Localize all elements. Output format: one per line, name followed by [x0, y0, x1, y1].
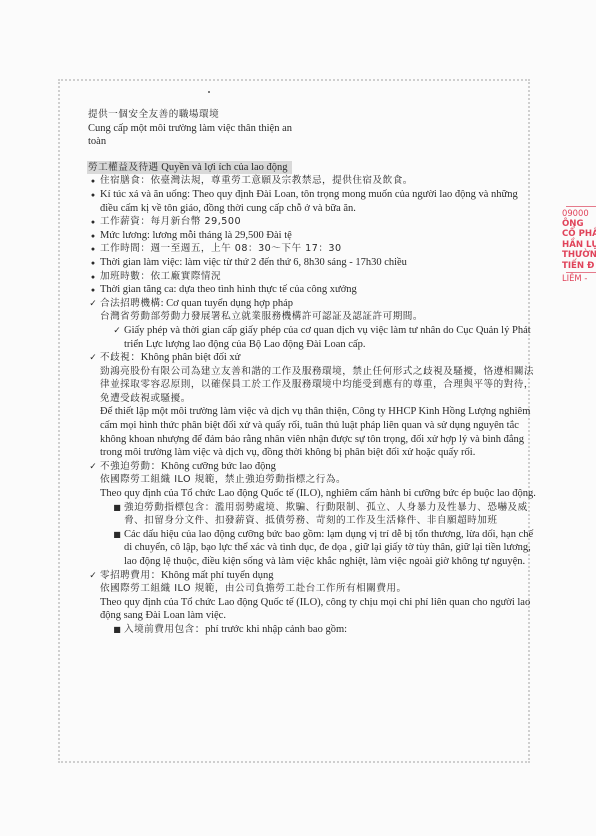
bullet-icon — [88, 188, 98, 203]
list-item: Kí túc xá và ăn uống: Theo quy định Đài … — [88, 188, 536, 215]
zero-fee-title-zh: 零招聘費用 — [100, 570, 150, 581]
no-forced-labor-body-vi: Theo quy định của Tổ chức Lao động Quốc … — [100, 487, 536, 501]
non-discrimination-item: 不歧視：Không phân biệt đối xử 勁鴻亮股份有限公司為建立友… — [88, 351, 536, 460]
legal-agency-body-zh: 台灣省勞動部勞動力發展署私立就業服務機構許可認証及認証許可期間。 — [100, 310, 536, 324]
list-item: Mức lương: lương mỗi tháng là 29,500 Đài… — [88, 229, 536, 243]
bullet-icon — [88, 270, 98, 285]
scan-speck — [208, 91, 210, 93]
forced-labor-indicators-zh: 強迫勞動指標包含：濫用弱勢處境、欺騙、行動限制、孤立、人身暴力及性暴力、恐嚇及威… — [112, 501, 536, 528]
seal-line: THƯỜNG — [562, 250, 596, 261]
legal-agency-title-zh: 合法招聘機構 — [100, 298, 161, 309]
document-body: 提供一個安全友善的職場環境 Cung cấp một môi trường là… — [88, 108, 536, 637]
bullet-text: Thời gian tăng ca: dựa theo tình hình th… — [100, 284, 357, 295]
checkmark-icon — [88, 569, 98, 584]
non-discrimination-title-vi: ：Không phân biệt đối xử — [130, 352, 240, 363]
seal-line: LIÊM - — [562, 273, 596, 284]
non-discrimination-body-vi: Để thiết lập một môi trường làm việc và … — [100, 405, 536, 459]
non-discrimination-body-zh: 勁鴻亮股份有限公司為建立友善和諧的工作及服務環境，禁止任何形式之歧視及騷擾，恪遵… — [100, 365, 536, 406]
legal-agency-subitem: Giấy phép và thời gian cấp giấy phép của… — [112, 324, 536, 351]
seal-ring-top — [566, 206, 596, 207]
square-bullet-icon — [112, 623, 122, 637]
seal-line: 09000 — [562, 208, 596, 219]
list-item: 工作時間：週一至週五，上午 08：30～下午 17：30 — [88, 242, 536, 256]
pre-entry-fees-zh: 入境前費用包含 — [124, 624, 195, 635]
seal-line: ÔNG — [562, 219, 596, 230]
square-bullet-icon — [112, 501, 122, 515]
bullet-text: 工作薪資：每月新台幣 29,500 — [100, 216, 241, 227]
intro-zh: 提供一個安全友善的職場環境 — [88, 108, 536, 122]
list-item: 加班時數：依工廠實際情況 — [88, 270, 536, 284]
list-item: 工作薪資：每月新台幣 29,500 — [88, 215, 536, 229]
no-forced-labor-title-vi: ：Không cưỡng bức lao động — [150, 461, 275, 472]
checkmark-icon — [112, 324, 122, 339]
legal-agency-item: 合法招聘機構: Cơ quan tuyển dụng hợp pháp 台灣省勞… — [88, 297, 536, 351]
zero-fee-title-vi: ：Không mất phí tuyển dụng — [150, 570, 273, 581]
checkmark-icon — [88, 297, 98, 312]
bullet-icon — [88, 283, 98, 298]
legal-agency-subitem-text: Giấy phép và thời gian cấp giấy phép của… — [124, 325, 531, 350]
section-header-vi: Quyền và lợi ích của lao động — [159, 162, 288, 173]
bullet-icon — [88, 215, 98, 230]
bullet-text: Thời gian làm việc: làm việc từ thứ 2 đế… — [100, 257, 407, 268]
bullet-text: 住宿膳食：依臺灣法規，尊重勞工意願及宗教禁忌，提供住宿及飲食。 — [100, 175, 413, 186]
pre-entry-fees-item: 入境前費用包含：phí trước khi nhập cảnh bao gồm: — [112, 623, 536, 637]
bullet-icon — [88, 229, 98, 244]
bullet-text: 工作時間：週一至週五，上午 08：30～下午 17：30 — [100, 243, 342, 254]
intro-block: 提供一個安全友善的職場環境 Cung cấp một môi trường là… — [88, 108, 536, 149]
list-item: 住宿膳食：依臺灣法規，尊重勞工意願及宗教禁忌，提供住宿及飲食。 — [88, 174, 536, 188]
section-header-highlight: 勞工權益及待遇 Quyền và lợi ích của lao động — [87, 161, 292, 175]
non-discrimination-title-zh: 不歧視 — [100, 352, 130, 363]
seal-line: TIẾN Đ — [562, 261, 596, 272]
no-forced-labor-item: 不強迫勞動：Không cưỡng bức lao động 依國際勞工組織 I… — [88, 460, 536, 569]
company-seal-stamp: 09000 ÔNG CỔ PHẦ HẦN LỰ THƯỜNG TIẾN Đ LI… — [562, 206, 596, 276]
zero-recruitment-fee-item: 零招聘費用：Không mất phí tuyển dụng 依國際勞工組織 I… — [88, 569, 536, 637]
forced-labor-indicators-vi: Các dấu hiệu của lao động cưỡng bức bao … — [112, 528, 536, 569]
bullet-text: Mức lương: lương mỗi tháng là 29,500 Đài… — [100, 230, 292, 241]
forced-labor-indicators-zh-text: 強迫勞動指標包含：濫用弱勢處境、欺騙、行動限制、孤立、人身暴力及性暴力、恐嚇及威… — [124, 502, 528, 527]
bullet-text: 加班時數：依工廠實際情況 — [100, 271, 221, 282]
bullet-text: Kí túc xá và ăn uống: Theo quy định Đài … — [100, 189, 518, 214]
bullet-icon — [88, 174, 98, 189]
bullet-icon — [88, 242, 98, 257]
forced-labor-indicators-vi-text: Các dấu hiệu của lao động cưỡng bức bao … — [124, 529, 533, 567]
intro-vi-line1: Cung cấp một môi trường làm việc thân th… — [88, 122, 536, 136]
pre-entry-fees-vi: ：phí trước khi nhập cảnh bao gồm: — [195, 624, 347, 635]
no-forced-labor-title-zh: 不強迫勞動 — [100, 461, 150, 472]
section-header: 勞工權益及待遇 Quyền và lợi ích của lao động — [88, 161, 536, 175]
section-header-zh: 勞工權益及待遇 — [88, 162, 159, 173]
list-item: Thời gian làm việc: làm việc từ thứ 2 đế… — [88, 256, 536, 270]
zero-fee-body-zh: 依國際勞工組織 ILO 規範，由公司負擔勞工赴台工作所有相關費用。 — [100, 582, 536, 596]
no-forced-labor-body-zh: 依國際勞工組織 ILO 規範，禁止強迫勞動指標之行為。 — [100, 473, 536, 487]
checkmark-icon — [88, 460, 98, 475]
seal-line: HẦN LỰ — [562, 240, 596, 251]
checkmark-icon — [88, 351, 98, 366]
zero-fee-body-vi: Theo quy định của Tổ chức Lao động Quốc … — [100, 596, 536, 623]
square-bullet-icon — [112, 528, 122, 542]
bullet-icon — [88, 256, 98, 271]
list-item: Thời gian tăng ca: dựa theo tình hình th… — [88, 283, 536, 297]
legal-agency-title-vi: : Cơ quan tuyển dụng hợp pháp — [161, 298, 293, 309]
seal-line: CỔ PHẦ — [562, 229, 596, 240]
intro-vi-line2: toàn — [88, 135, 536, 149]
